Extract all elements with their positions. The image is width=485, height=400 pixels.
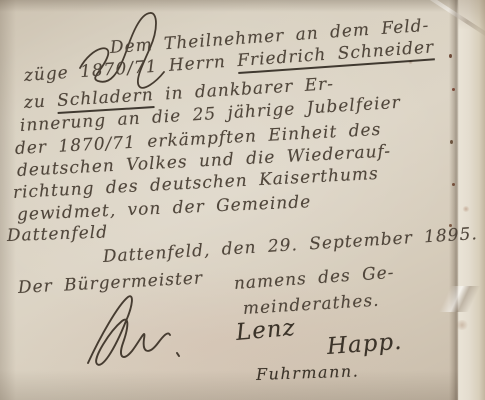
right-crease bbox=[433, 286, 485, 312]
signature-fuhrmann: Fuhrmann. bbox=[256, 361, 360, 384]
document-photo: Dem Theilnehmer an dem Feld- züge 1870/7… bbox=[0, 0, 485, 400]
page-edge-strip bbox=[458, 0, 485, 400]
dateline: Dattenfeld, den 29. September 1895. bbox=[102, 224, 478, 267]
closing-text: namens des Ge- bbox=[233, 263, 395, 294]
stain-speck bbox=[449, 54, 452, 58]
stain-speck bbox=[450, 140, 453, 144]
line-text: Dattenfeld bbox=[7, 222, 109, 246]
mayor-signature-flourish bbox=[82, 293, 207, 371]
line-text: zu bbox=[23, 91, 57, 113]
signature-happ: Happ. bbox=[326, 329, 403, 360]
signature-text: Fuhrmann. bbox=[256, 361, 360, 384]
closing-text: meinderathes. bbox=[242, 291, 380, 319]
stain-smudge bbox=[462, 206, 470, 212]
stain-speck bbox=[452, 88, 455, 91]
stain-speck bbox=[452, 183, 455, 186]
dateline-text: Dattenfeld, den 29. September 1895. bbox=[102, 224, 478, 267]
document-line-9: Dattenfeld bbox=[7, 222, 109, 246]
closing-right-line-2: meinderathes. bbox=[242, 291, 380, 319]
page-fold-line bbox=[449, 0, 459, 400]
stain-smudge bbox=[455, 320, 469, 330]
closing-right-line-1: namens des Ge- bbox=[233, 263, 395, 294]
signature-lenz: Lenz bbox=[235, 315, 297, 346]
signature-text: Lenz bbox=[235, 315, 297, 346]
signature-text: Happ. bbox=[326, 329, 403, 360]
